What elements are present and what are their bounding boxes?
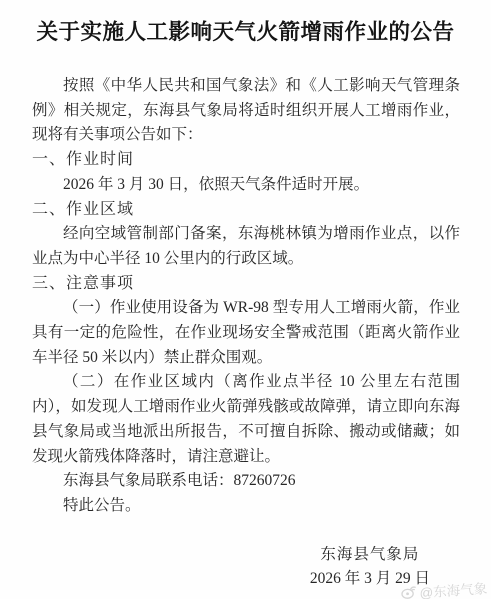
section-3-paragraph-2: （二）在作业区域内（离作业点半径 10 公里左右范围内），如发现人工增雨作业火箭… <box>32 370 460 469</box>
section-1-heading: 一、作业时间 <box>32 148 460 173</box>
section-2-paragraph: 经向空域管制部门备案，东海桃林镇为增雨作业点，以作业点为中心半径 10 公里内的… <box>32 222 460 271</box>
section-3-paragraph-1: （一）作业使用设备为 WR-98 型专用人工增雨火箭，作业具有一定的危险性，在作… <box>32 296 460 370</box>
announcement-page: 关于实施人工影响天气火箭增雨作业的公告 按照《中华人民共和国气象法》和《人工影响… <box>0 0 491 599</box>
contact-phone-line: 东海县气象局联系电话：87260726 <box>32 469 460 494</box>
section-3-heading: 三、注意事项 <box>32 272 460 297</box>
section-2-heading: 二、作业区域 <box>32 198 460 223</box>
intro-paragraph: 按照《中华人民共和国气象法》和《人工影响天气管理条例》相关规定，东海县气象局将适… <box>32 74 460 148</box>
issuing-authority: 东海县气象局 <box>310 543 430 568</box>
document-title: 关于实施人工影响天气火箭增雨作业的公告 <box>18 17 473 47</box>
issue-date: 2026 年 3 月 29 日 <box>310 567 430 592</box>
signature-block: 东海县气象局 2026 年 3 月 29 日 <box>310 543 430 592</box>
document-body: 按照《中华人民共和国气象法》和《人工影响天气管理条例》相关规定，东海县气象局将适… <box>32 74 460 592</box>
section-1-paragraph: 2026 年 3 月 30 日，依照天气条件适时开展。 <box>32 173 460 198</box>
closing-line: 特此公告。 <box>32 494 460 519</box>
